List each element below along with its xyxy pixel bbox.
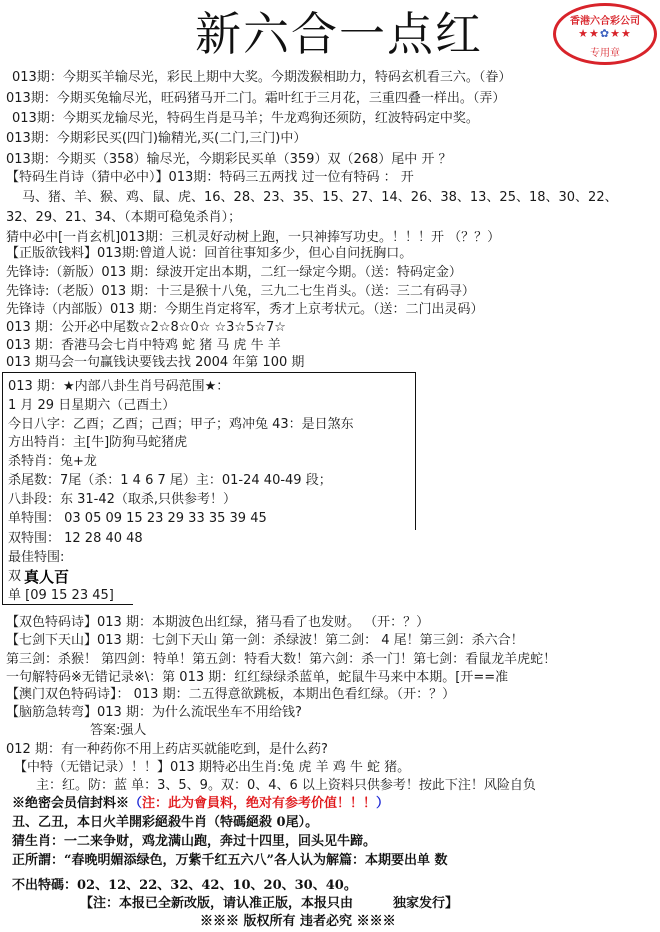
- seven-zodiac-line: 013 期：香港马会七肖中特鸡 蛇 猪 马 虎 牛 羊: [6, 338, 281, 354]
- bagua-shuang-te: 双特围： 12 28 40 48: [8, 530, 143, 548]
- xianfeng-new-line: 先锋诗:（新版）013 期：绿波开定出本期，二红一绿定今期。（送：特码定金）: [6, 265, 462, 281]
- win-phrase-line: 013 期马会一句赢钱诀要钱去找 2004 年第 100 期: [6, 355, 304, 371]
- zhengban-line: 【正版欲钱料】013期:曾道人说：回首往事知多少，但心自问抚胸口。: [6, 246, 412, 262]
- naojin-answer: 答案:强人: [90, 723, 146, 739]
- member-open-paren: （: [129, 796, 142, 811]
- notice-right: 独家发行】: [393, 896, 458, 912]
- zhu-fang-line: 主：红。防：蓝 单：3、5、9。双：0、4、6 以上资料只供参考！按此下注！风险…: [36, 778, 536, 794]
- zodiac-poem-header: 【特码生肖诗（猜中必中）】013期：特码三五两找 过一位有特码 ： 开: [6, 170, 414, 186]
- prediction-line-4: 013期：今期彩民买(四门)输精光,买(二门,三门)中）: [6, 131, 306, 147]
- stamp-top-text: 香港六合彩公司: [556, 12, 654, 27]
- stamp-bottom-text: 专用章: [556, 44, 654, 59]
- stamp-stars-icon: ★★✿★★: [556, 27, 654, 40]
- xianfeng-inner-line: 先锋诗（内部版）013 期：今期生肖定将军，秀才上京考状元。（送：二门出灵码）: [6, 302, 483, 318]
- yiju-jie-line: 一句解特码※无错记录※\：第 013 期：红红绿绿杀蓝单，蛇鼠牛马来中本期。[开…: [6, 670, 508, 686]
- bagua-box-right-border: [415, 372, 416, 530]
- xianfeng-old-line: 先锋诗:（老版）013 期：十三是猴十八兔，三九二七生肖头。（送：三二有码寻）: [6, 284, 475, 300]
- buchu-tema-line: 不出特碼：02、12、22、32、42、10、20、30、40。: [12, 878, 357, 894]
- zodiac-list-line-1: 马、猪、羊、猴、鸡、鼠、虎、16、28、23、35、15、27、14、26、38…: [22, 190, 618, 206]
- naojin-line: 【脑筋急转弯】013 期：为什么流氓坐车不用给钱?: [6, 705, 302, 721]
- prediction-line-3: 013期：今期买龙输尽光，特码生肖是马羊；牛龙鸡狗还须防，红波特码定中奖。: [12, 111, 479, 127]
- qijian-line-1: 【七剑下天山】013 期：七剑下天山 第一剑：杀绿波！第二剑： 4 尾！第三剑：…: [6, 633, 524, 649]
- overlay-watermark-text: 真人百: [24, 566, 69, 587]
- shuangse-poem-line: 【双色特码诗】013 期：本期波色出红绿，猪马看了也发财。 （开：？）: [6, 615, 429, 631]
- cai-shengxiao-line: 猜生肖：一二来争财，鸡龙满山跑，奔过十四里，回头见牛蹄。: [12, 834, 376, 850]
- zhongte-line: 【中特（无错记录）！！】013 期特必出生肖:兔 虎 羊 鸡 牛 蛇 猪。: [14, 760, 410, 776]
- bagua-title: 013 期：★内部八卦生肖号码范围★：: [8, 378, 229, 396]
- bagua-bazi: 今日八字：乙酉；乙酉；己酉；甲子；鸡冲兔 43：是日煞东: [8, 416, 354, 434]
- q012-line: 012 期：有一种药你不用上药店买就能吃到，是什么药?: [6, 742, 328, 758]
- notice-left: 【注：本报已全新改版，请认准正版，本报只由: [80, 896, 353, 912]
- member-label: ※绝密会员信封料※: [12, 796, 129, 811]
- tail-numbers-line: 013 期：公开必中尾数☆2☆8☆0☆ ☆3☆5☆7☆: [6, 320, 286, 336]
- member-close-paren: ）: [376, 796, 389, 811]
- riddle-line: 猜中必中[一肖玄机]013期：三机灵好动树上跑，一只神捧写功史。！！！开 （？？…: [6, 230, 500, 246]
- bagua-sha-te: 杀特肖：兔+龙: [8, 453, 97, 471]
- prediction-line-2: 013期：今期买兔输尽光，旺码猪马开二门。霜叶红于三月花，三重四叠一样出。（弄）: [6, 91, 505, 107]
- bagua-sha-wei: 杀尾数：7尾（杀：1 4 6 7 尾）主：01-24 40-49 段；: [8, 472, 332, 490]
- bagua-date: 1 月 29 日星期六（己酉土）: [8, 397, 175, 415]
- chou-line: 丑、乙丑，本日火羊開彩絕殺牛肖（特碼絕殺 0尾）。: [12, 815, 318, 831]
- bagua-dan-te: 单特围： 03 05 09 15 23 29 33 35 39 45: [8, 510, 267, 528]
- member-line: ※绝密会员信封料※（注：此为會員料，绝对有参考价值！！！）: [12, 796, 389, 812]
- aomen-poem-line: 【澳门双色特码诗】： 013 期：二五得意欲跳板，本期出色看红绿。（开：？）: [6, 687, 455, 703]
- bagua-shuang-prefix: 双: [8, 568, 21, 586]
- page-title: 新六合一点红: [195, 6, 483, 62]
- zheng-suowei-line: 正所謂：“春晚明媚添绿色，万紫千红五六八”各人认为解篇：本期要出单 数: [12, 853, 447, 869]
- zodiac-list-line-2: 32、29、21、34、（本期可稳兔杀肖）；: [6, 210, 241, 226]
- copyright-line: ※※※ 版权所有 违者必究 ※※※: [200, 914, 396, 930]
- bagua-dan-final: 单 [09 15 23 45]: [8, 587, 114, 605]
- prediction-line-1: 013期：今期买羊输尽光，彩民上期中大奖。今期泼猴相助力，特码玄机看三六。（眷）: [12, 70, 511, 86]
- prediction-line-5: 013期：今期买（358）输尽光，今期彩民买单（359）双（268）尾中 开 ？: [6, 152, 452, 168]
- qijian-line-2: 第三剑：杀猴！ 第四剑：特单！第五剑：特看大数！第六剑：杀一门！第七剑：看鼠龙羊…: [6, 652, 556, 668]
- bagua-zuijia: 最佳特围:: [8, 549, 64, 567]
- bagua-fangchu: 方出特肖：主[牛]防狗马蛇猪虎: [8, 434, 187, 452]
- company-seal-stamp: 香港六合彩公司 ★★✿★★ 专用章: [553, 3, 657, 65]
- member-note: 注：此为會員料，绝对有参考价值！！！: [142, 796, 376, 811]
- bagua-duan: 八卦段：东 31-42（取杀,只供参考！）: [8, 491, 236, 509]
